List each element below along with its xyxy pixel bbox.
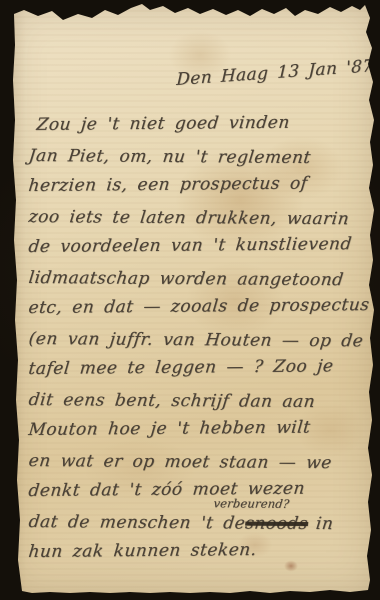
letter-dateline: Den Haag 13 Jan '87 [176,56,374,90]
letter-paper: Den Haag 13 Jan '87 Zou je 't niet goed … [0,0,380,600]
correction-suffix: in [315,514,335,534]
letter-line: Mouton hoe je 't hebben wilt [27,412,375,446]
letter-line: tafel mee te leggen — ? Zoo je [27,351,375,385]
struck-word-text: snoods [244,513,309,533]
inserted-word-above: verbeurend? [213,498,290,510]
correction-prefix: dat de menschen 't de [28,512,247,534]
letter-line: Zou je 't niet goed vinden [27,107,375,141]
struck-word: verbeurend?snoods [244,513,309,533]
letter-body: Zou je 't niet goed vinden Jan Piet, om,… [27,110,372,568]
letter-line: herzien is, een prospectus of [27,168,375,202]
photo-backdrop: Den Haag 13 Jan '87 Zou je 't niet goed … [0,0,380,600]
letter-closing-line: hun zak kunnen steken. [27,534,375,568]
letter-line: de voordeelen van 't kunstlievend [27,229,375,263]
letter-line: denkt dat 't zóó moet wezen [27,473,375,507]
letter-line: etc, en dat — zooals de prospectus [27,290,375,324]
